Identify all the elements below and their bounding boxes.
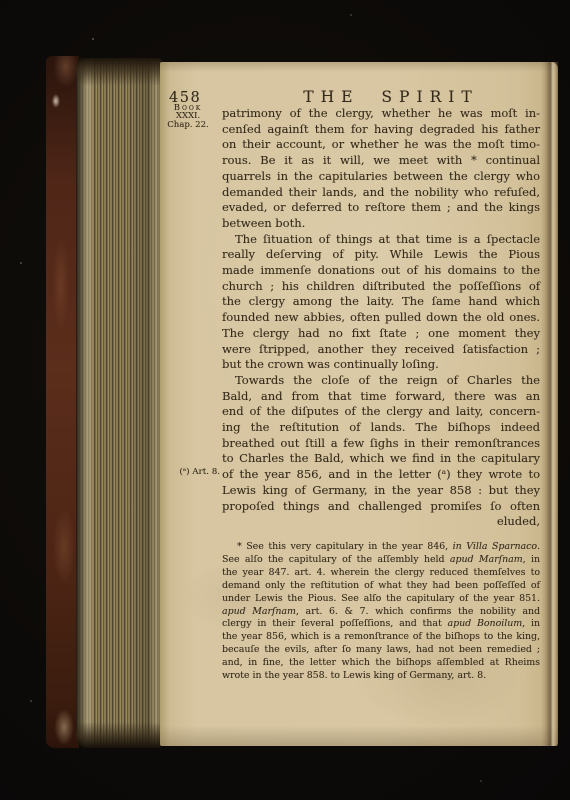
text-line: on their account, or whether he was the … [222, 137, 540, 153]
text-line: church ; his children diſtributed the po… [222, 279, 540, 295]
text-line: * See this very capitulary in the year 8… [222, 541, 540, 554]
text-line: demanded their lands, and the nobility w… [222, 185, 540, 201]
text-line: patrimony of the clergy, whether he was … [222, 106, 540, 122]
text-line: the year 847. art. 4. wherein the clergy… [222, 567, 540, 580]
text-line: to Charles the Bald, which we find in th… [222, 451, 540, 467]
text-line: The clergy had no fixt ſtate ; one momen… [222, 326, 540, 342]
text-line: ing the reſtitution of lands. The biſhop… [222, 420, 540, 436]
page-stack-top-shadow [76, 58, 162, 86]
text-line: were ſtripped, another they received ſat… [222, 342, 540, 358]
text-line: wrote in the year 858. to Lewis king of … [222, 670, 540, 683]
page-stack-bottom-shadow [76, 722, 162, 748]
text-line: evaded, or deferred to reſtore them ; an… [222, 200, 540, 216]
text-line: cenſed againſt them for having degraded … [222, 122, 540, 138]
text-line: quarrels in the capitularies between the… [222, 169, 540, 185]
page-right-edge-crease [541, 62, 558, 746]
paragraph-1: patrimony of the clergy, whether he was … [222, 106, 540, 232]
text-line: demand only the reſtitution of what they… [222, 580, 540, 593]
footnote: * See this very capitulary in the year 8… [222, 541, 540, 683]
text-line: Bald, and from that time forward, there … [222, 389, 540, 405]
text-line: the year 856, which is a remonſtrance of… [222, 631, 540, 644]
book-page: 458 THE SPIRIT BookXXXI.Chap. 22. (ᵃ) Ar… [160, 62, 558, 746]
paragraph-3: Towards the cloſe of the reign of Charle… [222, 373, 540, 530]
text-line: of the year 856, and in the letter (ᵃ) t… [222, 467, 540, 483]
book-page-stack-edge [76, 58, 162, 748]
text-line: eluded, [222, 514, 540, 530]
margin-note-book-chapter: BookXXXI.Chap. 22. [156, 104, 220, 129]
text-line: clergy in their ſeveral poſſeſſions, and… [222, 618, 540, 631]
text-line: really deſerving of pity. While Lewis th… [222, 247, 540, 263]
text-line: the clergy among the laity. The ſame han… [222, 294, 540, 310]
running-header: THE SPIRIT [232, 88, 550, 106]
text-line: Towards the cloſe of the reign of Charle… [222, 373, 540, 389]
margin-note-article-ref: (ᵃ) Art. 8. [154, 468, 220, 476]
text-line: and, in fine, the letter which the biſho… [222, 657, 540, 670]
text-line: rous. Be it as it will, we meet with * c… [222, 153, 540, 169]
body-text: patrimony of the clergy, whether he was … [222, 106, 540, 530]
dust-speckles [92, 38, 94, 40]
text-line: between both. [222, 216, 540, 232]
book-cover-spine-edge [46, 56, 79, 748]
text-line: under Lewis the Pious. See alſo the capi… [222, 593, 540, 606]
text-line: apud Marſnam, art. 6. & 7. which confirm… [222, 606, 540, 619]
text-line: founded new abbies, often pulled down th… [222, 310, 540, 326]
text-line: but the crown was continually loſing. [222, 357, 540, 373]
photo-background: 458 THE SPIRIT BookXXXI.Chap. 22. (ᵃ) Ar… [0, 0, 570, 800]
text-line: propoſed things and challenged promiſes … [222, 499, 540, 515]
text-line: becauſe the evils, after ſo many laws, h… [222, 644, 540, 657]
text-line: made immenſe donations out of his domain… [222, 263, 540, 279]
text-line: The ſituation of things at that time is … [222, 232, 540, 248]
text-line: Chap. 22. [156, 121, 220, 129]
text-line: end of the diſputes of the clergy and la… [222, 404, 540, 420]
text-line: breathed out ſtill a few ſighs in their … [222, 436, 540, 452]
text-line: Lewis king of Germany, in the year 858 :… [222, 483, 540, 499]
text-line: See alſo the capitulary of the aſſembly … [222, 554, 540, 567]
paragraph-2: The ſituation of things at that time is … [222, 232, 540, 373]
